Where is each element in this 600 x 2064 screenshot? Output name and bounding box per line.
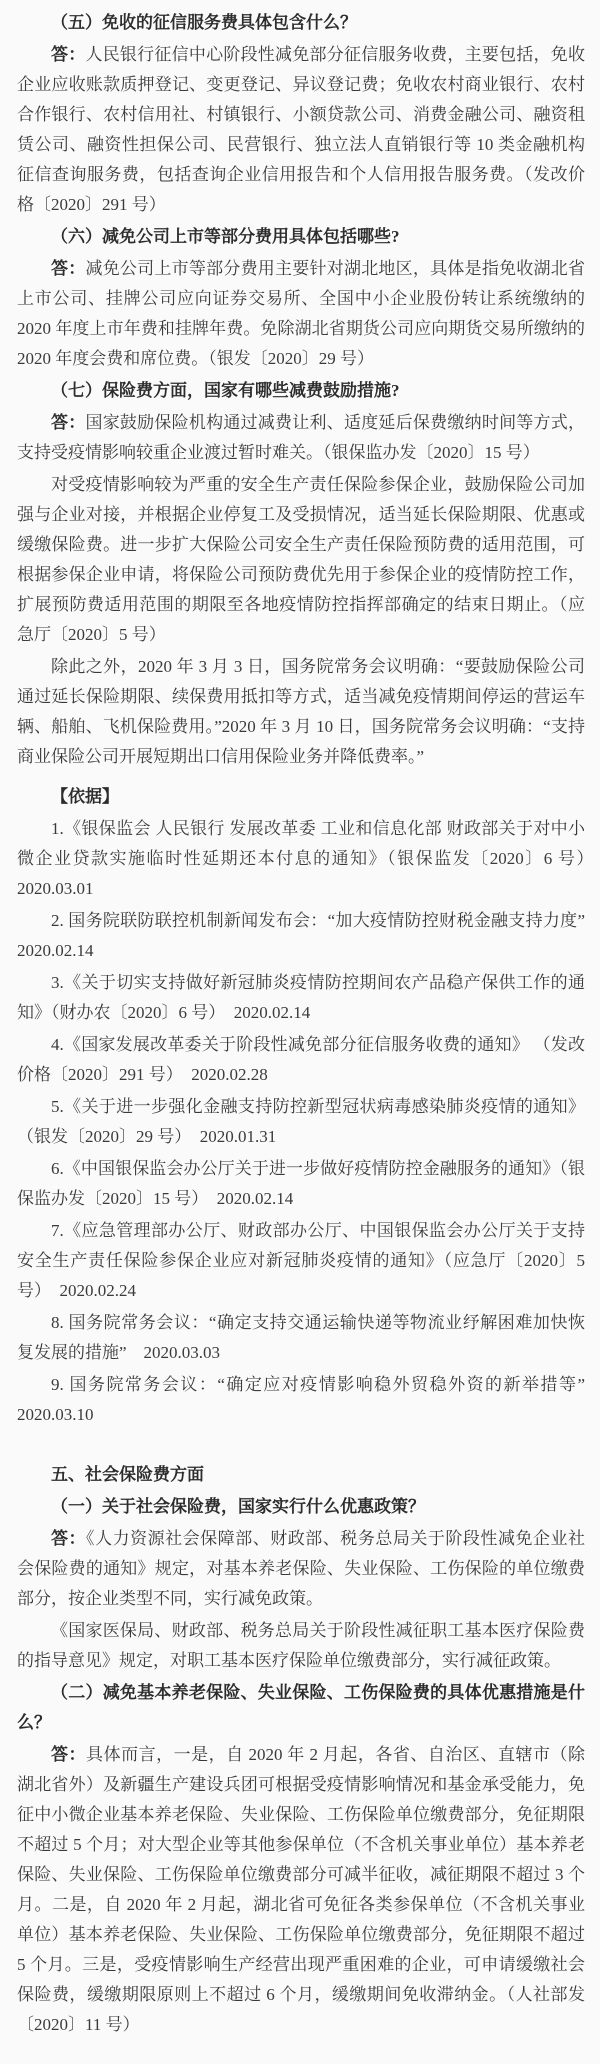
answer-paragraph: 答：人民银行征信中心阶段性减免部分征信服务收费，主要包括，免收企业应收账款质押登… <box>17 40 585 220</box>
reference-item-3: 3.《关于切实支持做好新冠肺炎疫情防控期间农产品稳产保供工作的通知》（财办农〔2… <box>17 968 585 1028</box>
answer-prefix: 答： <box>51 259 85 278</box>
question-heading-6: （六）减免公司上市等部分费用具体包括哪些? <box>17 222 585 252</box>
reference-item-8: 8. 国务院常务会议：“确定支持交通运输快递等物流业纾解困难加快恢复发展的措施”… <box>17 1308 585 1368</box>
question-heading-2: （二）减免基本养老保险、失业保险、工伤保险费的具体优惠措施是什么？ <box>17 1678 585 1738</box>
reference-item-5: 5.《关于进一步强化金融支持防控新型冠状病毒感染肺炎疫情的通知》（银发〔2020… <box>17 1092 585 1152</box>
answer-prefix: 答： <box>51 45 85 64</box>
answer-text: 国家鼓励保险机构通过减费让利、适度延后保费缴纳时间等方式，支持受疫情影响较重企业… <box>17 413 585 462</box>
answer-text: 具体而言，一是，自 2020 年 2 月起，各省、自治区、直辖市（除湖北省外）及… <box>17 1745 585 2034</box>
basis-label: 【依据】 <box>17 782 585 812</box>
answer-prefix: 答： <box>51 1745 86 1764</box>
section-heading-5: 五、社会保险费方面 <box>17 1460 585 1490</box>
question-heading-1: （一）关于社会保险费，国家实行什么优惠政策？ <box>17 1492 585 1522</box>
reference-item-1: 1.《银保监会 人民银行 发展改革委 工业和信息化部 财政部关于对中小微企业贷款… <box>17 814 585 904</box>
answer-prefix: 答： <box>51 413 85 432</box>
answer-paragraph: 答：国家鼓励保险机构通过减费让利、适度延后保费缴纳时间等方式，支持受疫情影响较重… <box>17 408 585 468</box>
reference-item-6: 6.《中国银保监会办公厅关于进一步做好疫情防控金融服务的通知》（银保监办发〔20… <box>17 1154 585 1214</box>
reference-item-2: 2. 国务院联防联控机制新闻发布会：“加大疫情防控财税金融支持力度” 2020.… <box>17 906 585 966</box>
answer-paragraph: 答：具体而言，一是，自 2020 年 2 月起，各省、自治区、直辖市（除湖北省外… <box>17 1740 585 2040</box>
reference-item-9: 9. 国务院常务会议：“确定应对疫情影响稳外贸稳外资的新举措等” 2020.03… <box>17 1370 585 1430</box>
question-heading-5: （五）免收的征信服务费具体包含什么？ <box>17 8 585 38</box>
answer-prefix: 答： <box>51 1529 86 1548</box>
answer-paragraph: 答：《人力资源社会保障部、财政部、税务总局关于阶段性减免企业社会保险费的通知》规… <box>17 1524 585 1614</box>
body-paragraph: 除此之外，2020 年 3 月 3 日，国务院常务会议明确：“要鼓励保险公司通过… <box>17 652 585 772</box>
answer-paragraph: 答：减免公司上市等部分费用主要针对湖北地区，具体是指免收湖北省上市公司、挂牌公司… <box>17 254 585 374</box>
body-paragraph: 对受疫情影响较为严重的安全生产责任保险参保企业，鼓励保险公司加强与企业对接，并根… <box>17 470 585 650</box>
document-page: （五）免收的征信服务费具体包含什么？ 答：人民银行征信中心阶段性减免部分征信服务… <box>0 0 600 2064</box>
body-paragraph: 《国家医保局、财政部、税务总局关于阶段性减征职工基本医疗保险费的指导意见》规定，… <box>17 1616 585 1676</box>
question-heading-7: （七）保险费方面，国家有哪些减费鼓励措施? <box>17 376 585 406</box>
reference-item-4: 4.《国家发展改革委关于阶段性减免部分征信服务收费的通知》 （发改价格〔2020… <box>17 1030 585 1090</box>
answer-text: 减免公司上市等部分费用主要针对湖北地区，具体是指免收湖北省上市公司、挂牌公司应向… <box>17 259 585 368</box>
answer-text: 人民银行征信中心阶段性减免部分征信服务收费，主要包括，免收企业应收账款质押登记、… <box>17 45 585 214</box>
reference-item-7: 7.《应急管理部办公厅、财政部办公厅、中国银保监会办公厅关于支持安全生产责任保险… <box>17 1216 585 1306</box>
answer-text: 《人力资源社会保障部、财政部、税务总局关于阶段性减免企业社会保险费的通知》规定，… <box>17 1529 585 1608</box>
